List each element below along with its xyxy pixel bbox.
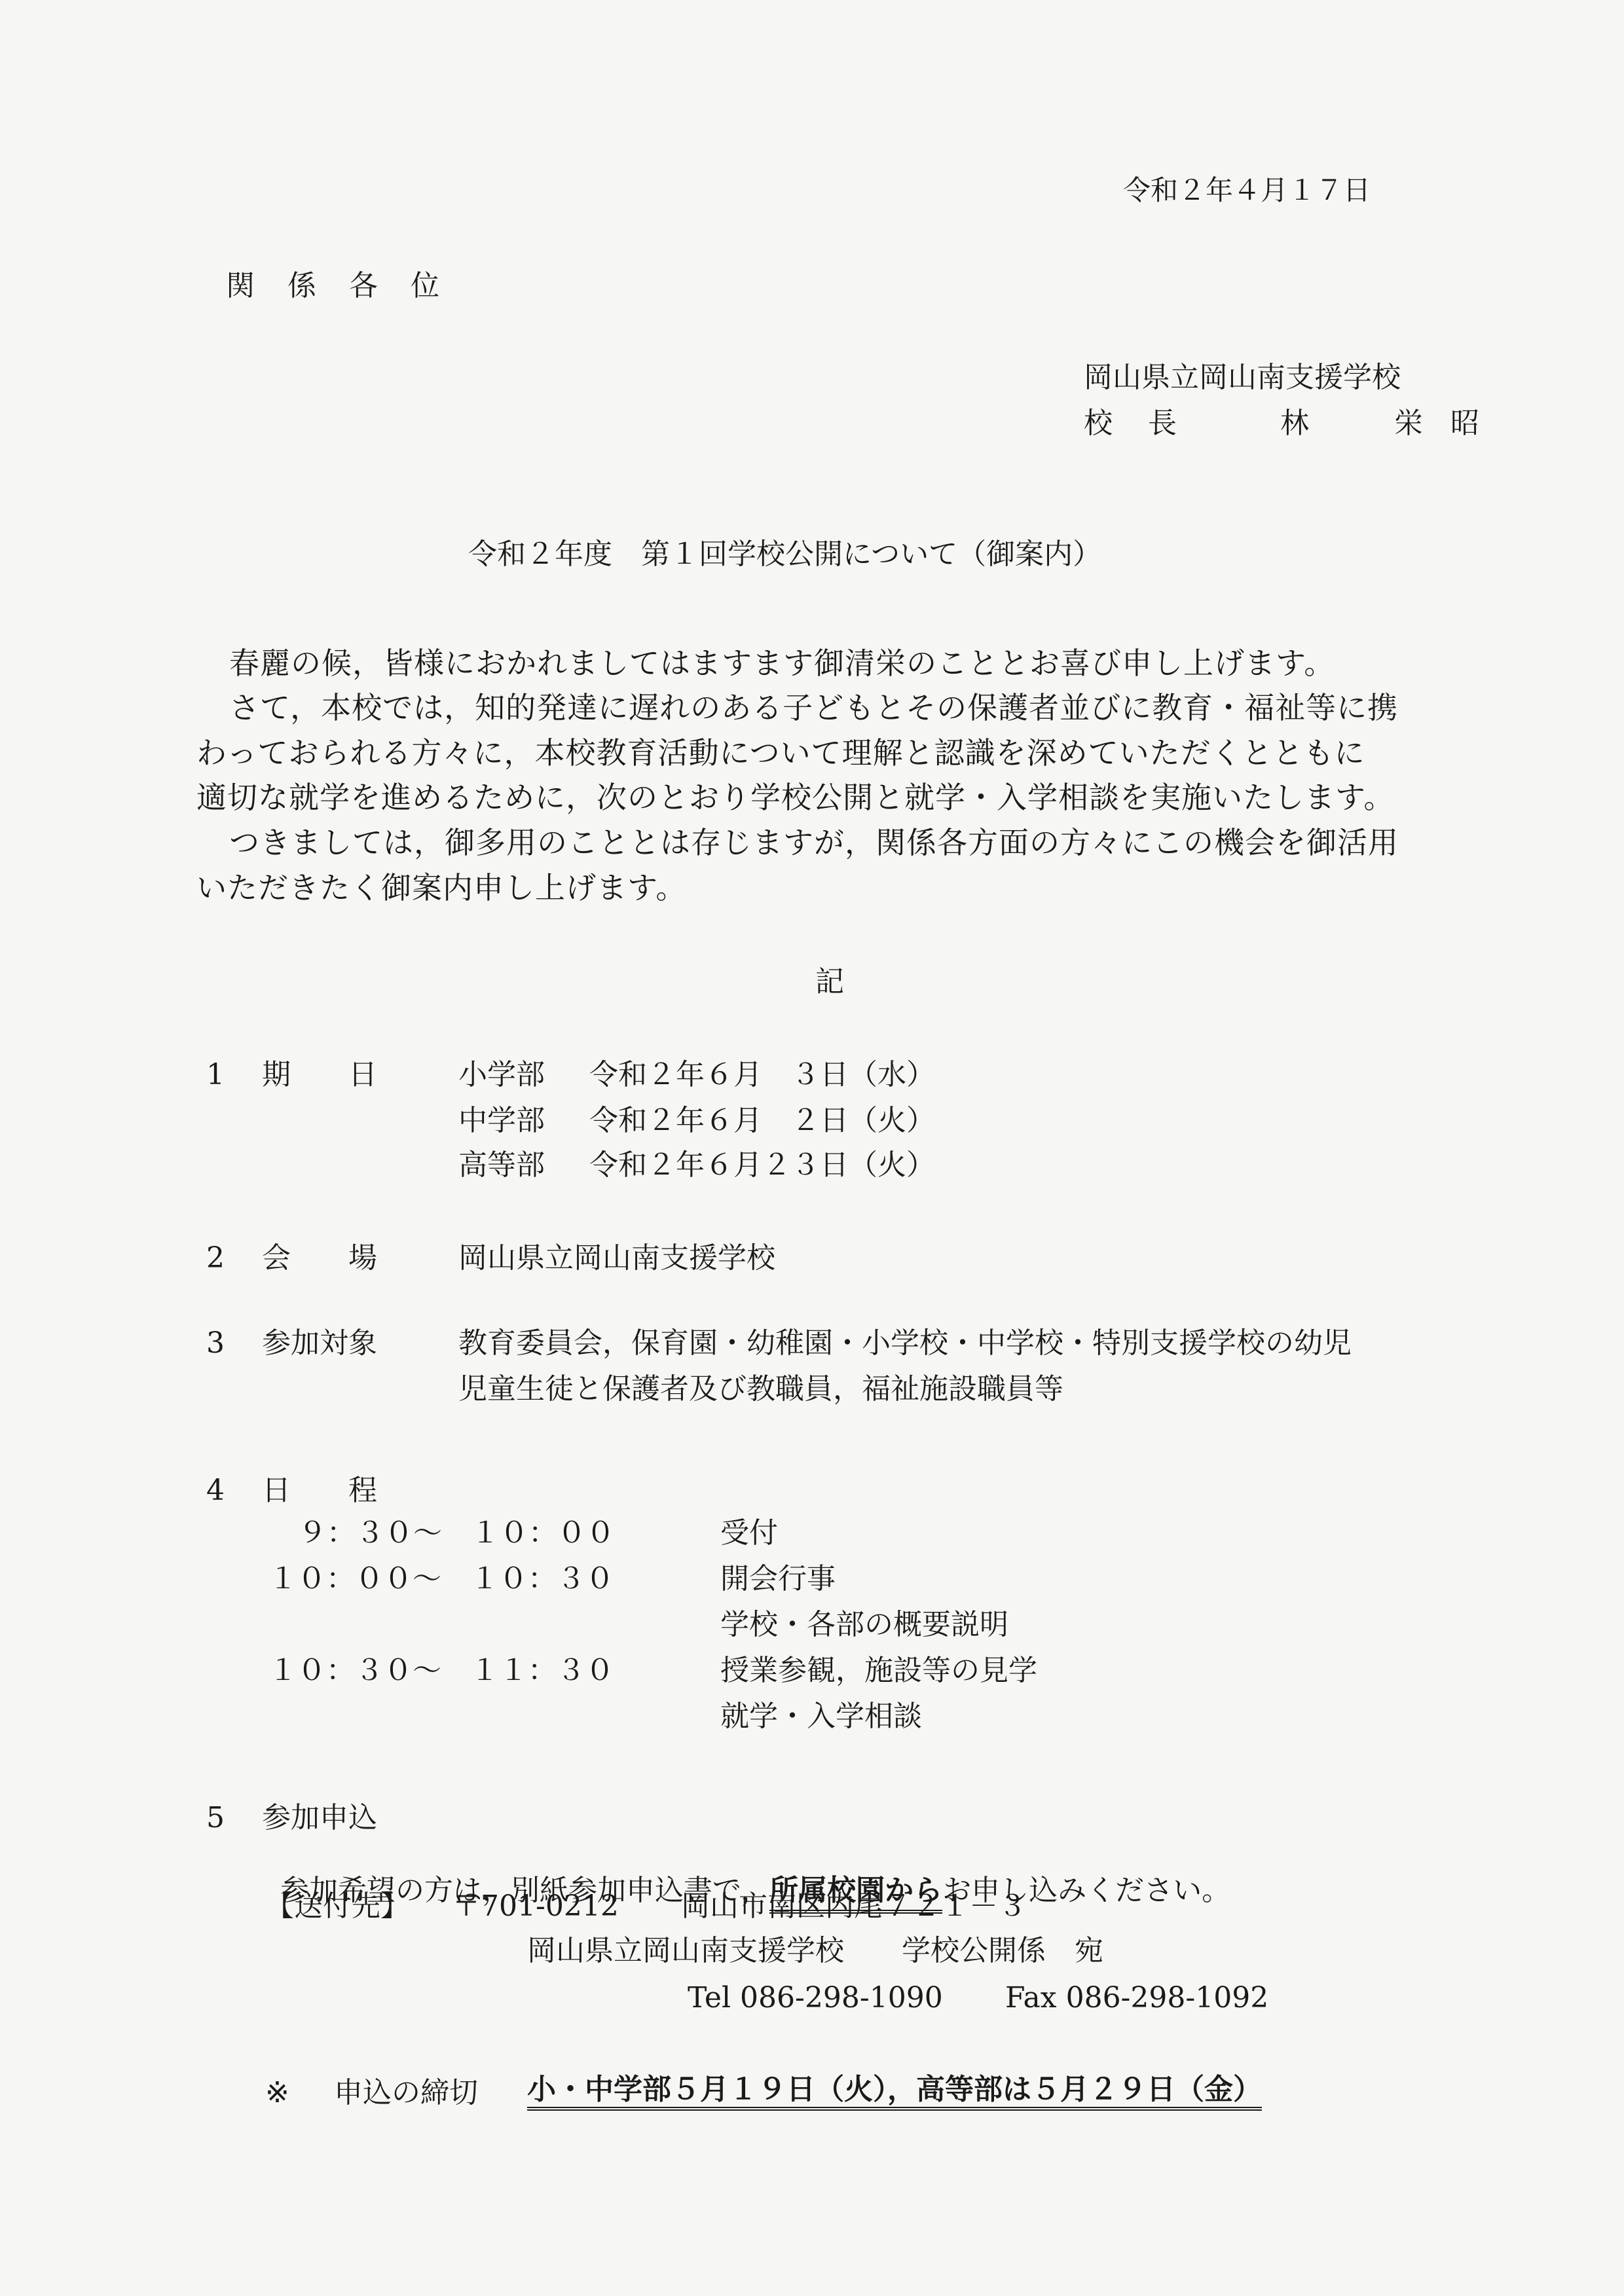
note-mark: ※ xyxy=(265,2079,289,2107)
sender-organization: 岡山県立岡山南支援学校 xyxy=(1084,363,1401,392)
item-4-number: 4 xyxy=(206,1476,225,1505)
date-dept-elementary: 小学部 xyxy=(458,1061,545,1089)
schedule-time-2: １０：００〜 １０：３０ xyxy=(268,1565,614,1594)
schedule-activity-4: 授業参観，施設等の見学 xyxy=(720,1656,1037,1685)
date-value-junior: 令和２年６月 ２日（火） xyxy=(589,1106,935,1135)
tel-number: Tel 086-298-1090 xyxy=(688,1984,943,2013)
target-line-1: 教育委員会，保育園・幼稚園・小学校・中学校・特別支援学校の幼児 xyxy=(458,1329,1352,1358)
recipient: 岡山県立岡山南支援学校 学校公開係 宛 xyxy=(527,1937,1103,1965)
send-to-label: 【送付先】 xyxy=(265,1892,409,1921)
item-3-number: 3 xyxy=(206,1329,225,1358)
item-5-number: 5 xyxy=(206,1804,225,1832)
item-4-label: 日 程 xyxy=(262,1476,377,1505)
fax-number: Fax 086-298-1092 xyxy=(1005,1984,1268,2013)
address: 岡山市南区内尾７２１－３ xyxy=(681,1892,1027,1921)
document-title: 令和２年度 第１回学校公開について（御案内） xyxy=(468,540,1101,569)
addressee: 関 係 各 位 xyxy=(226,272,451,301)
schedule-activity-3: 学校・各部の概要説明 xyxy=(720,1611,1008,1639)
date-dept-high: 高等部 xyxy=(458,1151,545,1180)
sender-name: 林 栄 昭 xyxy=(1280,409,1488,438)
body-line-1: 春麗の候，皆様におかれましてはますます御清栄のこととお喜び申し上げます。 xyxy=(229,648,1335,678)
sender-title: 校 長 xyxy=(1084,409,1190,438)
postal-code: 〒701-0212 xyxy=(452,1892,619,1921)
date-dept-junior: 中学部 xyxy=(458,1106,545,1135)
ki-marker: 記 xyxy=(815,968,844,996)
item-2-label: 会 場 xyxy=(262,1244,377,1273)
body-line-3: わっておられる方々に，本校教育活動について理解と認識を深めていただくとともに xyxy=(196,738,1365,768)
schedule-time-4: １０：３０〜 １１：３０ xyxy=(268,1656,614,1685)
letter-date: 令和２年４月１７日 xyxy=(1123,177,1371,204)
schedule-activity-2: 開会行事 xyxy=(720,1565,836,1594)
body-line-5: つきましては，御多用のこととは存じますが，関係各方面の方々にこの機会を御活用 xyxy=(229,828,1399,858)
deadline-value: 小・中学部５月１９日（火），高等部は５月２９日（金） xyxy=(527,2075,1262,2111)
date-value-elementary: 令和２年６月 ３日（水） xyxy=(589,1061,935,1089)
date-value-high: 令和２年６月２３日（火） xyxy=(589,1151,935,1180)
venue-value: 岡山県立岡山南支援学校 xyxy=(458,1244,775,1273)
body-line-4: 適切な就学を進めるために，次のとおり学校公開と就学・入学相談を実施いたします。 xyxy=(196,782,1394,812)
item-5-label: 参加申込 xyxy=(262,1804,377,1832)
body-line-6: いただきたく御案内申し上げます。 xyxy=(196,873,686,903)
schedule-time-1: ９：３０〜 １０：００ xyxy=(298,1519,615,1548)
deadline-label: 申込の締切 xyxy=(334,2079,478,2107)
item-1-number: 1 xyxy=(206,1061,225,1089)
body-line-2: さて，本校では，知的発達に遅れのある子どもとその保護者並びに教育・福祉等に携 xyxy=(229,693,1398,723)
schedule-activity-1: 受付 xyxy=(720,1519,778,1548)
item-3-label: 参加対象 xyxy=(262,1329,377,1358)
target-line-2: 児童生徒と保護者及び教職員，福祉施設職員等 xyxy=(458,1375,1063,1404)
schedule-activity-5: 就学・入学相談 xyxy=(720,1702,922,1731)
item-1-label: 期 日 xyxy=(262,1061,377,1089)
item-2-number: 2 xyxy=(206,1244,225,1273)
